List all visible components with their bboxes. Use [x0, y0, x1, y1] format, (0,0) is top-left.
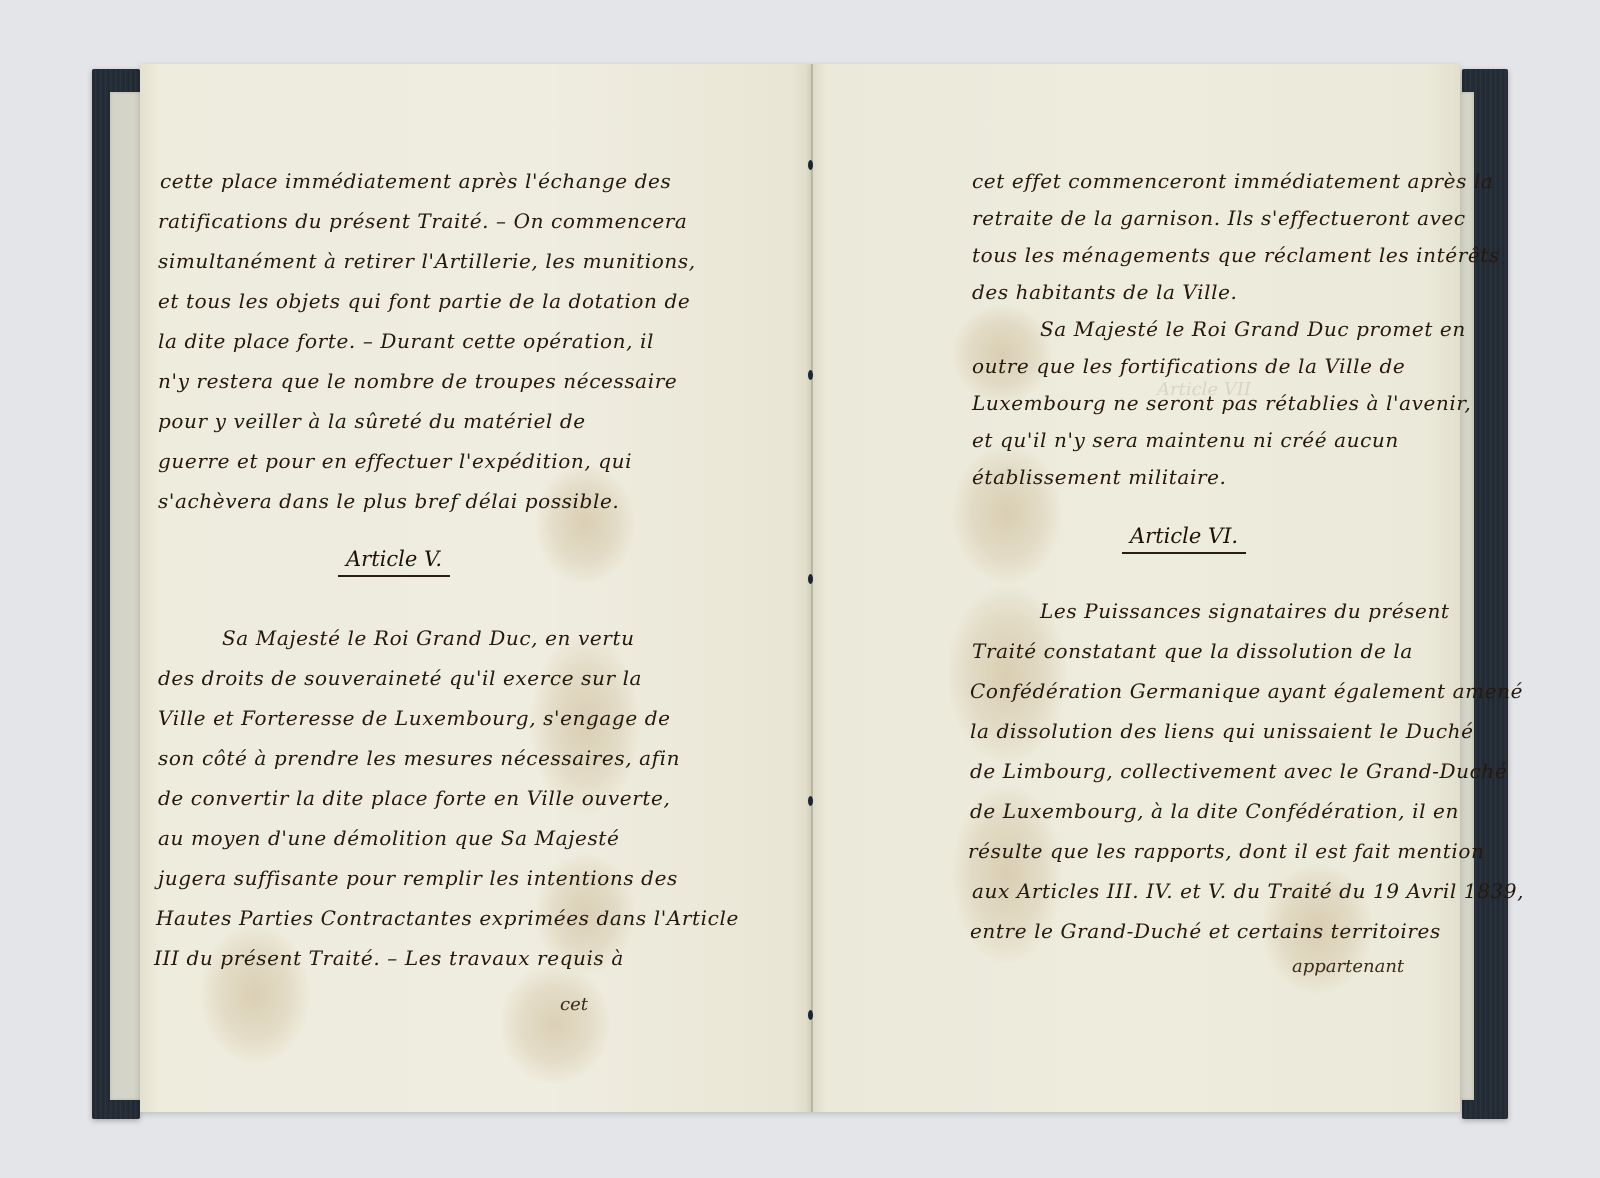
binding-stitch [808, 1010, 813, 1020]
manuscript-line: son côté à prendre les mesures nécessair… [158, 746, 680, 770]
binding-stitch [808, 160, 813, 170]
manuscript-line: de Luxembourg, à la dite Confédération, … [970, 799, 1459, 823]
manuscript-line: Ville et Forteresse de Luxembourg, s'eng… [158, 706, 671, 730]
manuscript-line: aux Articles III. IV. et V. du Traité du… [972, 879, 1524, 903]
manuscript-line: au moyen d'une démolition que Sa Majesté [158, 826, 619, 850]
manuscript-line: Hautes Parties Contractantes exprimées d… [156, 906, 739, 930]
manuscript-line: s'achèvera dans le plus bref délai possi… [158, 489, 619, 513]
article-heading: Article VI. [1122, 524, 1246, 554]
manuscript-line: ratifications du présent Traité. – On co… [158, 209, 687, 233]
manuscript-line: des habitants de la Ville. [972, 280, 1238, 304]
foxing-stain [500, 964, 610, 1084]
manuscript-line: Sa Majesté le Roi Grand Duc promet en [1040, 317, 1466, 341]
binding-stitch [808, 796, 813, 806]
manuscript-line: la dissolution des liens qui unissaient … [970, 719, 1474, 743]
foxing-stain [535, 464, 635, 584]
manuscript-line: résulte que les rapports, dont il est fa… [968, 839, 1485, 863]
manuscript-line: Luxembourg ne seront pas rétablies à l'a… [972, 391, 1471, 415]
foxing-stain [200, 924, 310, 1064]
catchword: cet [560, 994, 588, 1015]
manuscript-line: guerre et pour en effectuer l'expédition… [158, 449, 632, 473]
manuscript-line: simultanément à retirer l'Artillerie, le… [158, 249, 696, 273]
manuscript-line: outre que les fortifications de la Ville… [972, 354, 1405, 378]
manuscript-line: Traité constatant que la dissolution de … [972, 639, 1413, 663]
binding-stitch [808, 574, 813, 584]
article-heading: Article V. [338, 547, 450, 577]
binding-stitch [808, 370, 813, 380]
manuscript-line: et qu'il n'y sera maintenu ni créé aucun [972, 428, 1399, 452]
manuscript-line: Sa Majesté le Roi Grand Duc, en vertu [222, 626, 635, 650]
manuscript-line: la dite place forte. – Durant cette opér… [158, 329, 654, 353]
manuscript-line: de convertir la dite place forte en Vill… [158, 786, 670, 810]
manuscript-line: n'y restera que le nombre de troupes néc… [158, 369, 677, 393]
catchword: appartenant [1292, 956, 1404, 977]
manuscript-line: et tous les objets qui font partie de la… [158, 289, 690, 313]
left-page: cette place immédiatement après l'échang… [140, 64, 812, 1112]
manuscript-line: tous les ménagements que réclament les i… [972, 243, 1500, 267]
manuscript-line: cet effet commenceront immédiatement apr… [972, 169, 1493, 193]
manuscript-line: cette place immédiatement après l'échang… [160, 169, 671, 193]
manuscript-line: jugera suffisante pour remplir les inten… [158, 866, 678, 890]
manuscript-line: pour y veiller à la sûreté du matériel d… [158, 409, 586, 433]
manuscript-line: III du présent Traité. – Les travaux req… [154, 946, 624, 970]
manuscript-line: entre le Grand-Duché et certains territo… [970, 919, 1441, 943]
manuscript-line: de Limbourg, collectivement avec le Gran… [970, 759, 1507, 783]
endpaper-left [110, 92, 142, 1100]
book-gutter [811, 64, 813, 1112]
manuscript-line: établissement militaire. [972, 465, 1227, 489]
manuscript-line: Confédération Germanique ayant également… [970, 679, 1523, 703]
manuscript-line: Les Puissances signataires du présent [1040, 599, 1450, 623]
manuscript-line: des droits de souveraineté qu'il exerce … [158, 666, 642, 690]
right-page: Article VII cet effet commenceront imméd… [812, 64, 1460, 1112]
manuscript-line: retraite de la garnison. Ils s'effectuer… [972, 206, 1466, 230]
